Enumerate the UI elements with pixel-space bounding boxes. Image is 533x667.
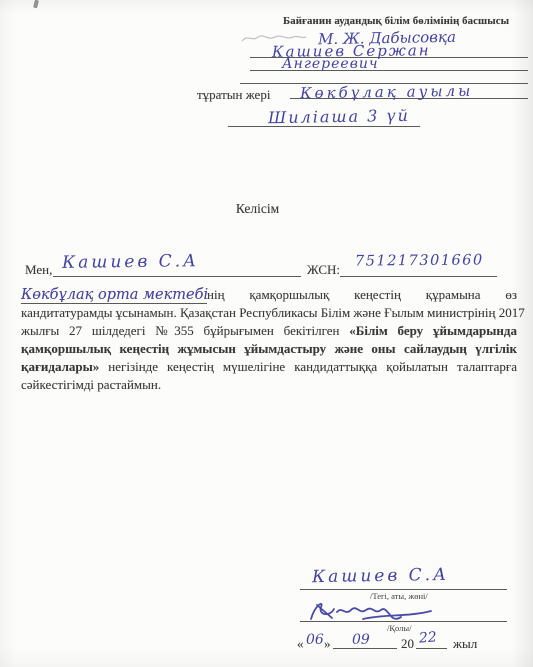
underline-date-month — [333, 648, 397, 649]
applicant-patronymic-handwritten: Ангереевич — [282, 56, 379, 72]
residence-village-handwritten: Көкбұлақ ауылы — [300, 82, 474, 102]
iin-label: ЖСН: — [307, 262, 340, 278]
underline-iin — [340, 276, 497, 277]
scanned-consent-document: Байғанин аудандық білім бөлімінің басшыс… — [0, 0, 533, 667]
date-suffix: жыл — [453, 636, 477, 652]
signature-scribble — [305, 597, 440, 623]
date-close-quote: » — [324, 636, 331, 652]
date-century: 20 — [401, 636, 414, 652]
underline-signature-name — [300, 589, 507, 590]
men-label: Мен, — [25, 262, 52, 278]
body-line-3: жылғы 27 шілдедегі №355 бұйрығымен бекіт… — [21, 322, 517, 340]
underline-date-year — [416, 648, 447, 649]
body-line-6: сәйкестігімді растаймын. — [21, 376, 517, 394]
body-line-1-text: нің қамқоршылық кеңестің құрамына өз — [207, 287, 517, 302]
date-year-handwritten: 22 — [418, 629, 437, 646]
iin-value-handwritten: 751217301660 — [355, 252, 484, 269]
document-title: Келісім — [0, 201, 524, 217]
declarant-name-handwritten: Кашиев С.А — [62, 251, 199, 273]
body-line-5-normal: негізінде кеңестің мүшелігіне кандидатты… — [108, 359, 517, 374]
date-open-quote: « — [297, 636, 304, 652]
underline-declarant-name — [53, 276, 301, 277]
residence-street-handwritten: Шиліаша 3 үй — [268, 106, 410, 127]
underline-signature — [300, 621, 507, 622]
scan-smudge-mark — [33, 0, 39, 8]
residence-label: тұратын жері — [197, 87, 270, 103]
signature-name-handwritten: Кашиев С.А — [312, 565, 449, 587]
signature-sign-caption: /Қолы/ — [387, 623, 411, 633]
date-month-handwritten: 09 — [352, 632, 370, 648]
body-line-3-normal: жылғы 27 шілдедегі №355 бұйрығымен бекіт… — [21, 323, 339, 338]
recipient-title: Байғанин аудандық білім бөлімінің басшыс… — [283, 15, 509, 27]
body-line-4: қамқоршылық кеңестің жұмысын ұйымдастыру… — [21, 340, 517, 358]
date-day-handwritten: 06 — [306, 632, 324, 648]
body-line-1: Көкбұлақ орта мектебінің қамқоршылық кең… — [21, 286, 517, 304]
body-line-3-bold: «Білім беру ұйымдарында — [349, 323, 517, 338]
school-name-handwritten: Көкбұлақ орта мектебі — [21, 288, 207, 304]
body-line-5: қағидалары» негізінде кеңестің мүшелігін… — [21, 358, 517, 376]
body-line-5-bold: қағидалары» — [21, 359, 99, 374]
body-line-2: кандитатурамды ұсынамын. Қазақстан Респу… — [21, 304, 517, 322]
